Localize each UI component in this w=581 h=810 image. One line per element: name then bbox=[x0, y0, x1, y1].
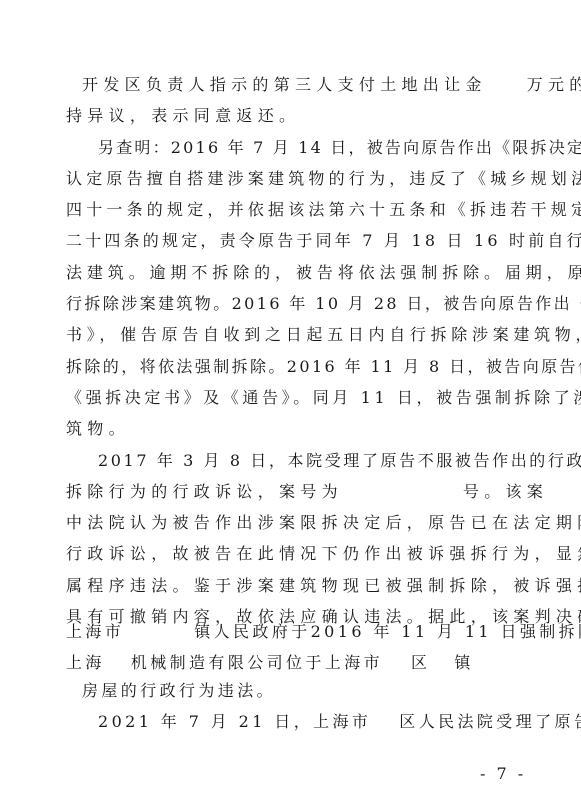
text-line: 上海机械制造有限公司位于上海市区镇 bbox=[66, 651, 526, 675]
text-line: 行拆除涉案建筑物。2016 年 10 月 28 日，被告向原告作出《催告 bbox=[66, 292, 526, 316]
text-segment: 镇 bbox=[454, 653, 473, 672]
text-segment: 行拆除涉案建筑物。2016 年 10 月 28 日，被告向原告作出《催告 bbox=[66, 294, 581, 313]
text-segment: 号。该案 bbox=[463, 482, 548, 501]
text-segment: 中法院认为被告作出涉案限拆决定后，原告已在法定期限内提起 bbox=[66, 513, 581, 532]
text-segment: 开发区负责人指示的第三人支付土地出让金 bbox=[82, 75, 487, 94]
text-segment: 万元的事实不 bbox=[527, 75, 581, 94]
text-segment: 房屋的行政行为违法。 bbox=[82, 681, 276, 700]
text-line: 2021 年 7 月 21 日，上海市区人民法院受理了原告诉被 bbox=[98, 710, 558, 734]
text-line: 2017 年 3 月 8 日，本院受理了原告不服被告作出的行政强制 bbox=[98, 449, 558, 473]
text-line: 法建筑。逾期不拆除的，被告将依法强制拆除。届期，原告未自 bbox=[66, 261, 526, 285]
text-segment: 2021 年 7 月 21 日，上海市 bbox=[98, 712, 371, 731]
text-line: 属程序违法。鉴于涉案建筑物现已被强制拆除，被诉强拆行为不 bbox=[66, 574, 526, 598]
page-number: - 7 - bbox=[480, 762, 526, 786]
text-line: 房屋的行政行为违法。 bbox=[82, 679, 542, 703]
text-segment: 《强拆决定书》及《通告》。同月 11 日，被告强制拆除了涉案建 bbox=[66, 388, 581, 407]
document-page: 开发区负责人指示的第三人支付土地出让金万元的事实不 持异议，表示同意返还。 另查… bbox=[0, 0, 581, 810]
text-line: 持异议，表示同意返还。 bbox=[66, 104, 526, 128]
text-line: 另查明：2016 年 7 月 14 日，被告向原告作出《限拆决定书》， bbox=[98, 136, 558, 160]
text-segment: 法建筑。逾期不拆除的，被告将依法强制拆除。届期，原告未自 bbox=[66, 263, 581, 282]
text-segment: 上海 bbox=[66, 653, 105, 672]
text-line: 筑物。 bbox=[66, 417, 526, 441]
text-line: 行政诉讼，故被告在此情况下仍作出被诉强拆行为，显然不当， bbox=[66, 542, 526, 566]
text-segment: 行政诉讼，故被告在此情况下仍作出被诉强拆行为，显然不当， bbox=[66, 544, 581, 563]
text-line: 四十一条的规定，并依据该法第六十五条和《拆违若干规定》第 bbox=[66, 198, 526, 222]
text-line: 拆除的，将依法强制拆除。2016 年 11 月 8 日，被告向原告作出 bbox=[66, 355, 526, 379]
text-segment: 镇人民政府于2016 年 11 月 11 日强制拆除原告 bbox=[194, 622, 581, 641]
text-line: 开发区负责人指示的第三人支付土地出让金万元的事实不 bbox=[82, 73, 542, 97]
text-segment: 属程序违法。鉴于涉案建筑物现已被强制拆除，被诉强拆行为不 bbox=[66, 576, 581, 595]
text-segment: 区 bbox=[411, 653, 430, 672]
text-segment: 持异议，表示同意返还。 bbox=[66, 106, 300, 125]
text-segment: 另查明：2016 年 7 月 14 日，被告向原告作出《限拆决定书》， bbox=[98, 138, 581, 157]
text-segment: 四十一条的规定，并依据该法第六十五条和《拆违若干规定》第 bbox=[66, 200, 581, 219]
text-segment: 二十四条的规定，责令原告于同年 7 月 18 日 16 时前自行拆除违 bbox=[66, 231, 581, 250]
text-segment: 2017 年 3 月 8 日，本院受理了原告不服被告作出的行政强制 bbox=[98, 451, 581, 470]
text-segment: 认定原告擅自搭建涉案建筑物的行为，违反了《城乡规划法》第 bbox=[66, 169, 581, 188]
text-line: 上海市镇人民政府于2016 年 11 月 11 日强制拆除原告 bbox=[66, 620, 526, 644]
text-segment: 机械制造有限公司位于上海市 bbox=[131, 653, 383, 672]
text-line: 二十四条的规定，责令原告于同年 7 月 18 日 16 时前自行拆除违 bbox=[66, 229, 526, 253]
text-line: 拆除行为的行政诉讼，案号为号。该案 bbox=[66, 480, 526, 504]
text-line: 书》，催告原告自收到之日起五日内自行拆除涉案建筑物，逾期不 bbox=[66, 323, 526, 347]
text-line: 中法院认为被告作出涉案限拆决定后，原告已在法定期限内提起 bbox=[66, 511, 526, 535]
text-segment: 上海市 bbox=[66, 622, 124, 641]
text-segment: 拆除的，将依法强制拆除。2016 年 11 月 8 日，被告向原告作出 bbox=[66, 357, 581, 376]
text-segment: 筑物。 bbox=[66, 419, 130, 438]
text-line: 《强拆决定书》及《通告》。同月 11 日，被告强制拆除了涉案建 bbox=[66, 386, 526, 410]
text-segment: 书》，催告原告自收到之日起五日内自行拆除涉案建筑物，逾期不 bbox=[66, 325, 581, 344]
text-line: 认定原告擅自搭建涉案建筑物的行为，违反了《城乡规划法》第 bbox=[66, 167, 526, 191]
text-segment: 区人民法院受理了原告诉被 bbox=[399, 712, 581, 731]
text-segment: 拆除行为的行政诉讼，案号为 bbox=[66, 482, 343, 501]
